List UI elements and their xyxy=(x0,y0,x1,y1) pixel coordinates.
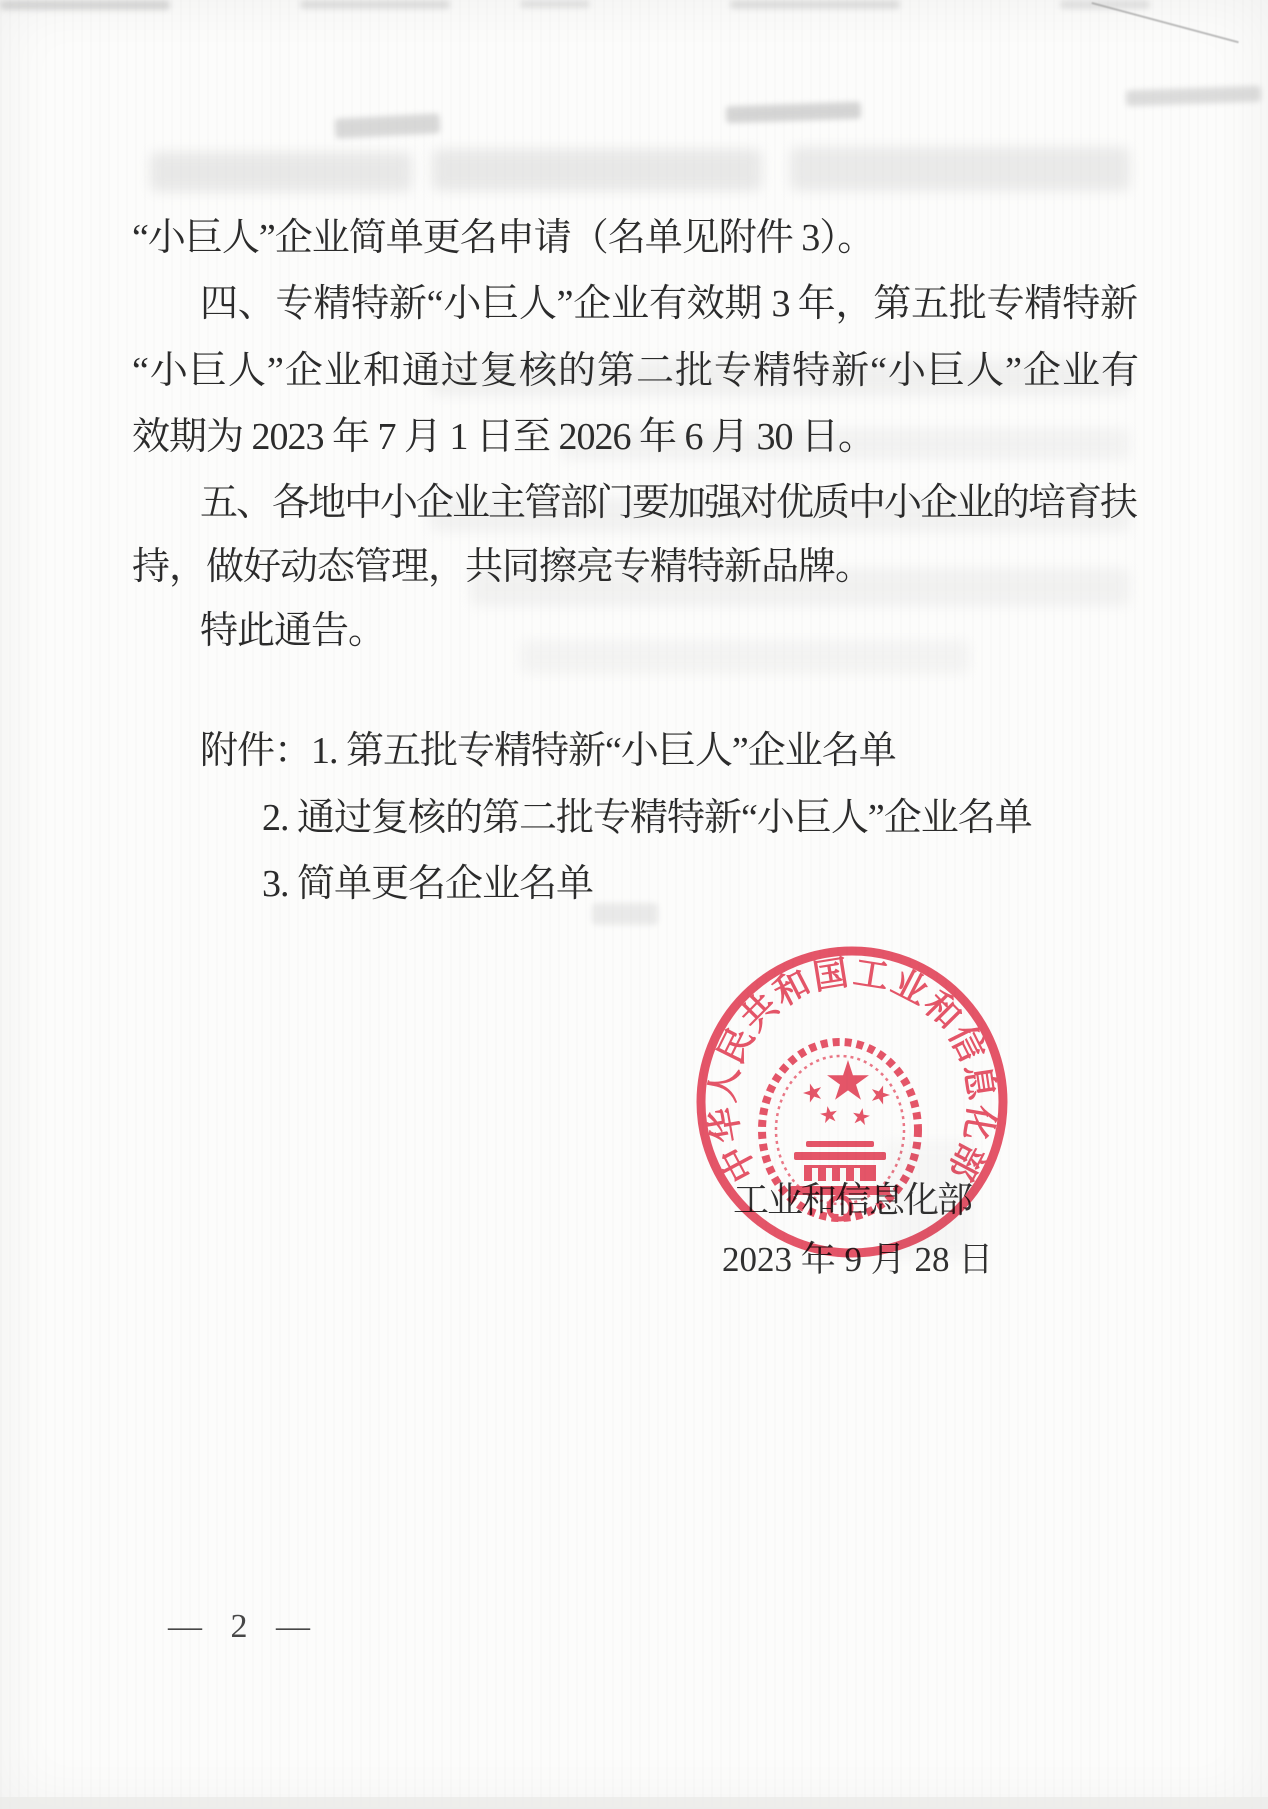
body-line: 效期为 2023 年 7 月 1 日至 2026 年 6 月 30 日。 xyxy=(132,411,875,463)
gear xyxy=(829,1197,851,1219)
attachment-line-2: 2. 通过复核的第二批专精特新“小巨人”企业名单 xyxy=(262,792,1032,844)
small-star xyxy=(851,1107,871,1126)
bleedthrough-ghost xyxy=(432,149,762,191)
small-star xyxy=(868,1083,892,1106)
small-star xyxy=(819,1105,839,1124)
scan-smudge xyxy=(726,102,862,124)
big-star xyxy=(827,1060,869,1100)
attachment-line-1: 附件：1. 第五批专精特新“小巨人”企业名单 xyxy=(200,725,896,777)
attachment-line-3: 3. 简单更名企业名单 xyxy=(262,858,593,910)
scan-smudge xyxy=(335,113,441,138)
bleedthrough-ghost xyxy=(790,147,1130,191)
small-star xyxy=(801,1081,825,1104)
bleedthrough-ghost xyxy=(520,640,970,674)
scan-smudge xyxy=(520,0,590,8)
bleedthrough-ghost xyxy=(150,152,412,192)
scan-smudge xyxy=(730,0,900,9)
national-emblem xyxy=(762,1042,918,1219)
scan-crease-line xyxy=(1091,2,1238,43)
body-line: “小巨人”企业和通过复核的第二批专精特新“小巨人”企业有 xyxy=(132,345,1137,397)
body-line: “小巨人”企业简单更名申请（名单见附件 3）。 xyxy=(132,212,874,264)
page-number: — 2 — xyxy=(168,1608,312,1646)
closing-line: 特此通告。 xyxy=(200,605,385,657)
scan-bottom-shadow xyxy=(0,1797,1268,1809)
body-line: 五、各地中小企业主管部门要加强对优质中小企业的培育扶 xyxy=(200,477,1136,529)
scan-smudge xyxy=(592,903,658,925)
scan-smudge xyxy=(0,0,170,10)
gate-base xyxy=(790,1186,890,1195)
official-seal: 中华人民共和国工业和信息化部 xyxy=(694,944,1010,1260)
scan-smudge xyxy=(300,0,450,9)
gate-roof xyxy=(806,1141,874,1147)
seal-graphic: 中华人民共和国工业和信息化部 xyxy=(694,944,1010,1260)
scan-smudge xyxy=(1126,86,1261,107)
body-line: 四、专精特新“小巨人”企业有效期 3 年，第五批专精特新 xyxy=(200,278,1136,330)
scanned-document-page: “小巨人”企业简单更名申请（名单见附件 3）。 四、专精特新“小巨人”企业有效期… xyxy=(0,0,1268,1809)
scan-smudge xyxy=(1060,0,1150,9)
gate-roof xyxy=(794,1152,886,1160)
body-line: 持，做好动态管理，共同擦亮专精特新品牌。 xyxy=(132,541,872,593)
